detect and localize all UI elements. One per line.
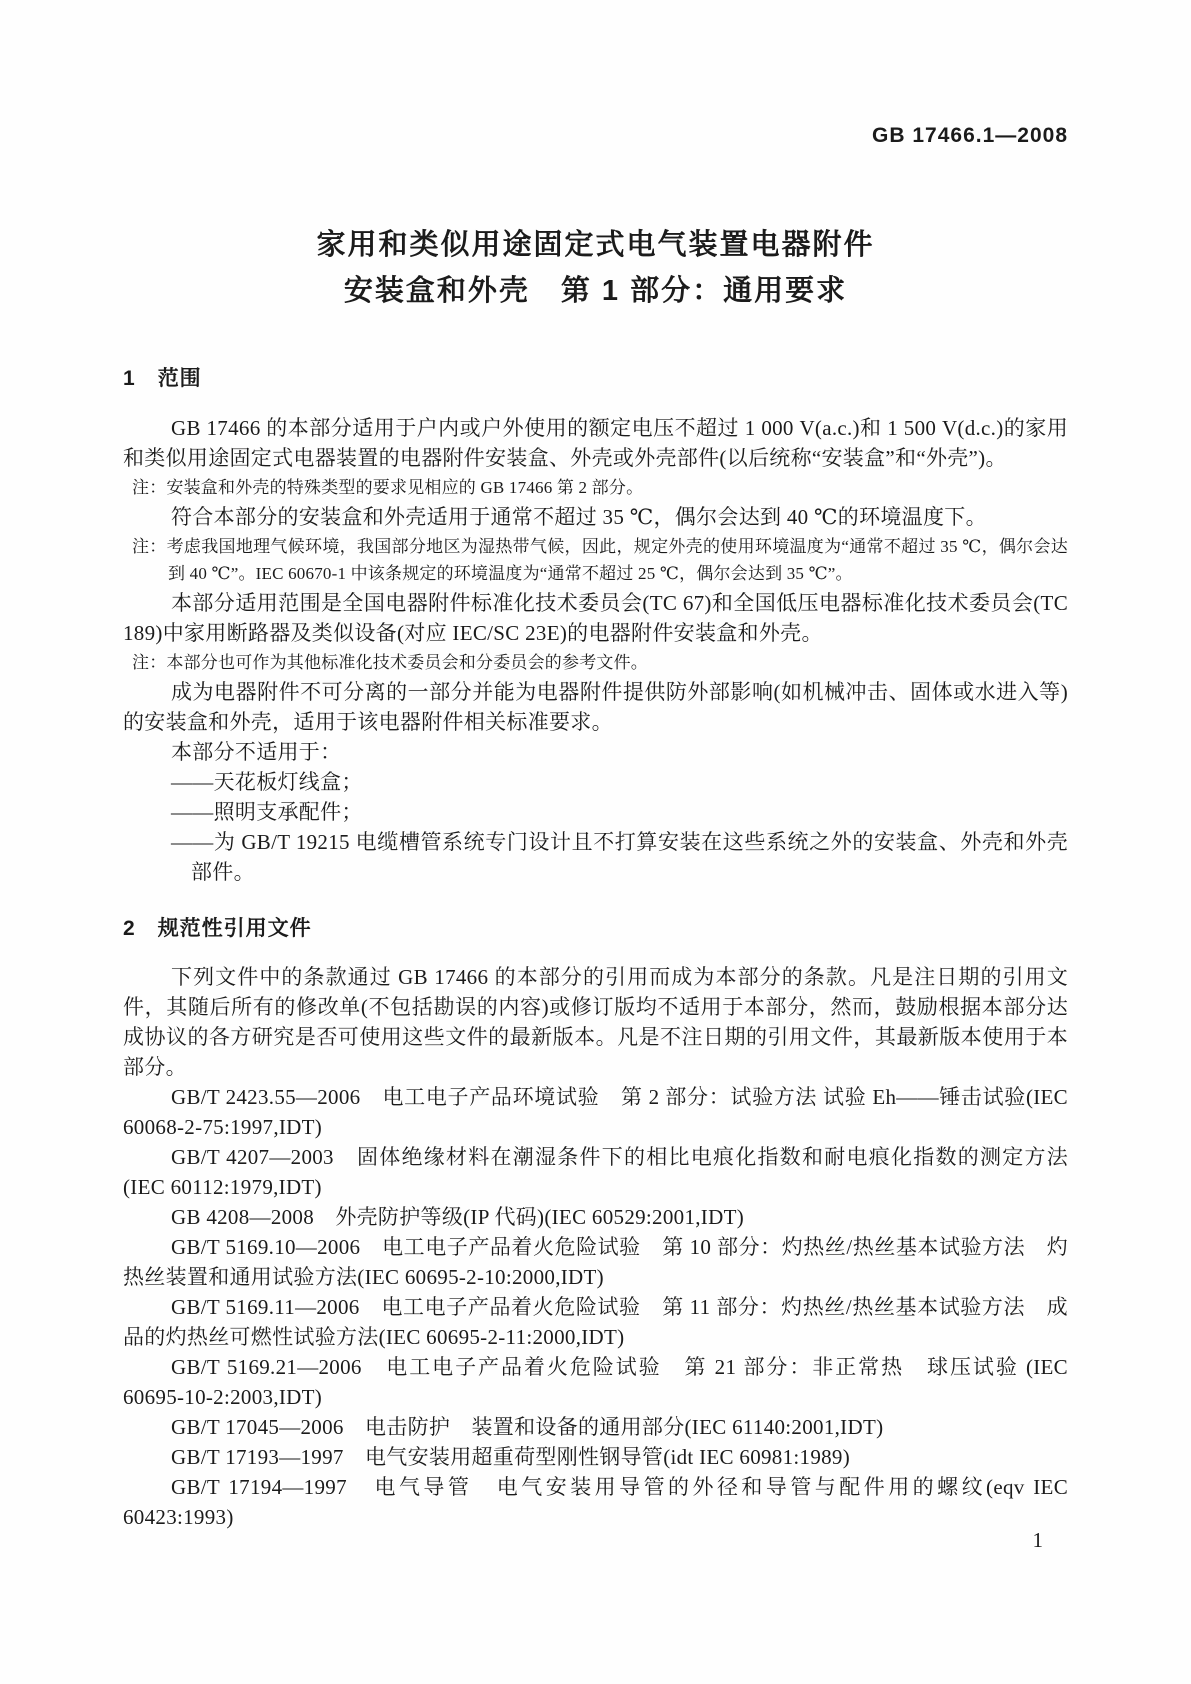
scope-paragraph-1: GB 17466 的本部分适用于户内或户外使用的额定电压不超过 1 000 V(…	[123, 413, 1068, 473]
reference-item: GB/T 17193—1997 电气安装用超重荷型刚性钢导管(idt IEC 6…	[123, 1442, 1068, 1472]
scope-paragraph-2: 符合本部分的安装盒和外壳适用于通常不超过 35 ℃，偶尔会达到 40 ℃的环境温…	[123, 502, 1068, 532]
exclusion-item: ——为 GB/T 19215 电缆槽管系统专门设计且不打算安装在这些系统之外的安…	[123, 827, 1068, 887]
reference-item: GB 4208—2008 外壳防护等级(IP 代码)(IEC 60529:200…	[123, 1202, 1068, 1232]
document-page: GB 17466.1—2008 家用和类似用途固定式电气装置电器附件 安装盒和外…	[0, 0, 1191, 1684]
section-1-number: 1	[123, 367, 136, 390]
section-1-heading: 1范围	[123, 366, 1068, 392]
document-title: 家用和类似用途固定式电气装置电器附件 安装盒和外壳 第 1 部分：通用要求	[0, 222, 1191, 314]
section-2-number: 2	[123, 917, 136, 940]
reference-item: GB/T 4207—2003 固体绝缘材料在潮湿条件下的相比电痕化指数和耐电痕化…	[123, 1142, 1068, 1202]
scope-note-2: 注：考虑我国地理气候环境，我国部分地区为湿热带气候，因此，规定外壳的使用环境温度…	[123, 533, 1068, 587]
doc-number: GB 17466.1—2008	[123, 124, 1068, 148]
page-number: 1	[1033, 1528, 1044, 1553]
section-1-title: 范围	[158, 367, 202, 390]
section-2-heading: 2规范性引用文件	[123, 916, 1068, 942]
reference-item: GB/T 2423.55—2006 电工电子产品环境试验 第 2 部分：试验方法…	[123, 1082, 1068, 1142]
reference-item: GB/T 17045—2006 电击防护 装置和设备的通用部分(IEC 6114…	[123, 1412, 1068, 1442]
scope-paragraph-5: 本部分不适用于：	[123, 737, 1068, 767]
document-body: 1范围 GB 17466 的本部分适用于户内或户外使用的额定电压不超过 1 00…	[123, 366, 1068, 1532]
scope-paragraph-4: 成为电器附件不可分离的一部分并能为电器附件提供防外部影响(如机械冲击、固体或水进…	[123, 677, 1068, 737]
scope-paragraph-3: 本部分适用范围是全国电器附件标准化技术委员会(TC 67)和全国低压电器标准化技…	[123, 588, 1068, 648]
reference-item: GB/T 5169.10—2006 电工电子产品着火危险试验 第 10 部分：灼…	[123, 1232, 1068, 1292]
scope-note-1: 注：安装盒和外壳的特殊类型的要求见相应的 GB 17466 第 2 部分。	[123, 474, 1068, 501]
reference-item: GB/T 17194—1997 电气导管 电气安装用导管的外径和导管与配件用的螺…	[123, 1472, 1068, 1532]
title-line-1: 家用和类似用途固定式电气装置电器附件	[0, 222, 1191, 268]
references-intro: 下列文件中的条款通过 GB 17466 的本部分的引用而成为本部分的条款。凡是注…	[123, 962, 1068, 1082]
scope-note-3: 注：本部分也可作为其他标准化技术委员会和分委员会的参考文件。	[123, 649, 1068, 676]
reference-item: GB/T 5169.21—2006 电工电子产品着火危险试验 第 21 部分：非…	[123, 1352, 1068, 1412]
exclusion-item: ——天花板灯线盒；	[123, 767, 1068, 797]
reference-item: GB/T 5169.11—2006 电工电子产品着火危险试验 第 11 部分：灼…	[123, 1292, 1068, 1352]
section-2-title: 规范性引用文件	[158, 917, 312, 940]
title-line-2: 安装盒和外壳 第 1 部分：通用要求	[0, 268, 1191, 314]
exclusion-item: ——照明支承配件；	[123, 797, 1068, 827]
